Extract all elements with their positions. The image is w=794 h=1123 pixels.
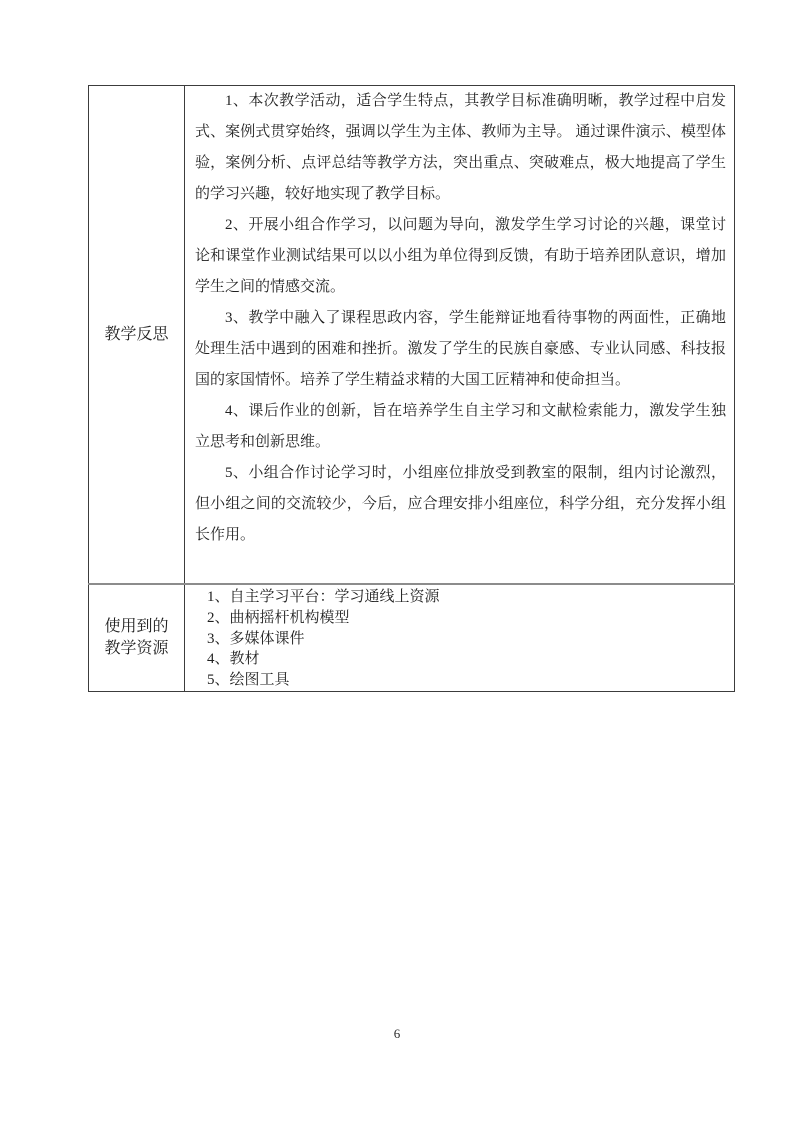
table-row-teaching-resources: 使用到的 教学资源 1、自主学习平台：学习通线上资源 2、曲柄摇杆机构模型 3、… <box>89 584 735 691</box>
teaching-reflection-content: 1、本次教学活动，适合学生特点，其教学目标准确明晰，教学过程中启发式、案例式贯穿… <box>185 86 735 585</box>
resource-item: 2、曲柄摇杆机构模型 <box>207 608 726 629</box>
reflection-paragraph: 3、教学中融入了课程思政内容，学生能辩证地看待事物的两面性，正确地处理生活中遇到… <box>195 303 726 396</box>
resources-label-line: 使用到的 <box>93 616 180 638</box>
reflection-paragraph: 1、本次教学活动，适合学生特点，其教学目标准确明晰，教学过程中启发式、案例式贯穿… <box>195 86 726 210</box>
reflection-paragraph: 2、开展小组合作学习，以问题为导向，激发学生学习讨论的兴趣，课堂讨论和课堂作业测… <box>195 210 726 303</box>
resource-list: 1、自主学习平台：学习通线上资源 2、曲柄摇杆机构模型 3、多媒体课件 4、教材… <box>195 587 726 691</box>
resource-item: 3、多媒体课件 <box>207 629 726 650</box>
document-page: { "page_number": "6", "reflection": { "l… <box>0 0 794 1123</box>
teaching-resources-content: 1、自主学习平台：学习通线上资源 2、曲柄摇杆机构模型 3、多媒体课件 4、教材… <box>185 584 735 691</box>
resource-item: 5、绘图工具 <box>207 670 726 691</box>
lesson-plan-table: 教学反思 1、本次教学活动，适合学生特点，其教学目标准确明晰，教学过程中启发式、… <box>88 85 735 692</box>
page-number: 6 <box>0 1026 794 1042</box>
reflection-paragraph: 5、小组合作讨论学习时，小组座位排放受到教室的限制，组内讨论激烈，但小组之间的交… <box>195 458 726 551</box>
resources-label-line: 教学资源 <box>93 638 180 660</box>
resource-item: 4、教材 <box>207 649 726 670</box>
row-label-teaching-reflection: 教学反思 <box>89 86 185 585</box>
reflection-paragraph: 4、课后作业的创新，旨在培养学生自主学习和文献检索能力，激发学生独立思考和创新思… <box>195 396 726 458</box>
row-label-teaching-resources: 使用到的 教学资源 <box>89 584 185 691</box>
table-row-teaching-reflection: 教学反思 1、本次教学活动，适合学生特点，其教学目标准确明晰，教学过程中启发式、… <box>89 86 735 585</box>
resource-item: 1、自主学习平台：学习通线上资源 <box>207 587 726 608</box>
